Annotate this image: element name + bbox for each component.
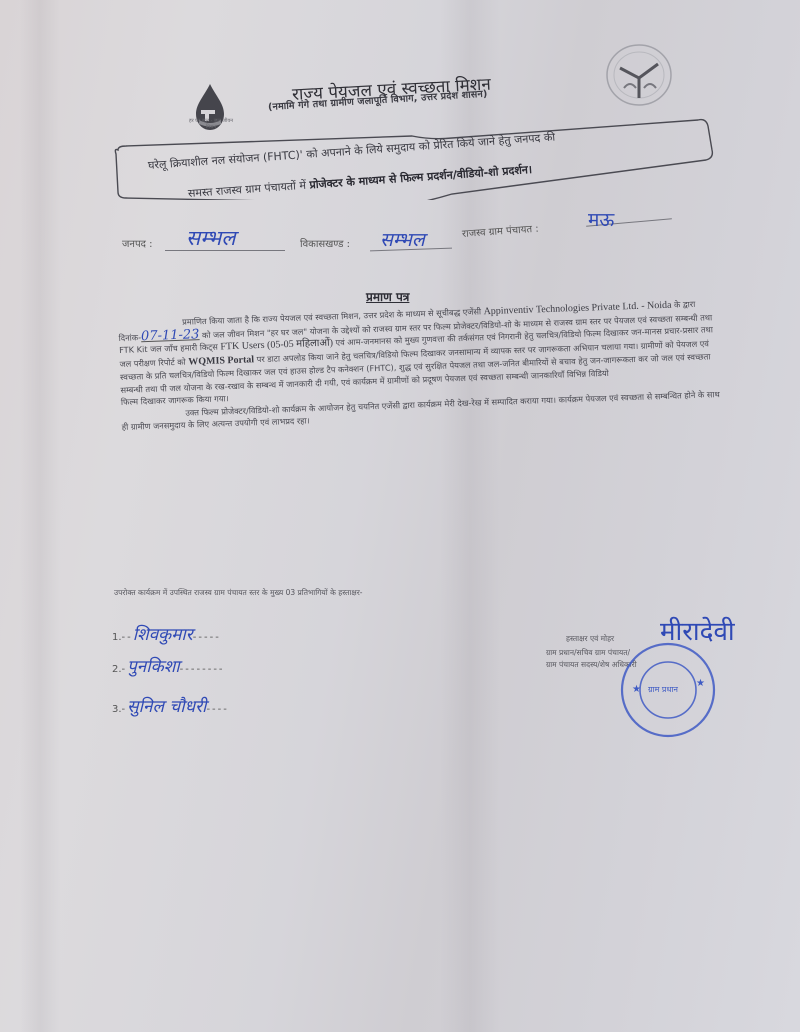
paper-fold-shadow — [20, 0, 60, 1032]
svg-text:★: ★ — [632, 684, 641, 695]
participants-intro: उपरोक्त कार्यक्रम में उपस्थित राजस्व ग्र… — [114, 587, 474, 598]
participant-signature-3: 3.-सुनिल चौधरी---- — [112, 694, 229, 717]
authority-signature: मीरादेवी — [660, 612, 735, 648]
certificate-heading: प्रमाण पत्र — [366, 288, 409, 305]
program-date: 07-11-23 — [141, 327, 200, 344]
svg-text:★: ★ — [696, 678, 705, 689]
participant-name: सुनिल चौधरी — [127, 697, 206, 717]
district-value: सम्भल — [186, 224, 236, 252]
body-text-end: फिल्म दिखाकर जागरूक किया गया। — [121, 393, 229, 407]
participant-number: 1. — [112, 632, 122, 643]
participant-signature-2: 2.-पुनकिशा-------- — [112, 654, 225, 677]
district-label: जनपद : — [122, 236, 153, 250]
up-government-emblem-icon — [604, 42, 674, 108]
stamp-center-text: ग्राम प्रधान — [648, 684, 678, 695]
block-value: सम्भल — [380, 226, 425, 252]
certificate-page: हर घर जल · जल जीवन मिशन राज्य पेयजल एवं … — [0, 0, 800, 1032]
participant-number: 2. — [112, 664, 122, 675]
panchayat-value: मऊ — [588, 206, 614, 232]
block-label: विकासखण्ड : — [300, 236, 350, 250]
participant-number: 3. — [112, 704, 122, 715]
participant-name: शिवकुमार — [133, 625, 193, 645]
ftk-users: FTK Users (05-05 महिलाओं) — [220, 338, 333, 353]
certificate-body: प्रमाणित किया जाता है कि राज्य पेयजल एवं… — [118, 297, 728, 434]
authority-label-1: हस्ताक्षर एवं मोहर — [566, 634, 614, 644]
participant-signature-1: 1.--शिवकुमार----- — [112, 622, 221, 645]
wqmis-portal: WQMIS Portal — [188, 354, 254, 367]
participant-name: पुनकिशा — [127, 657, 180, 677]
